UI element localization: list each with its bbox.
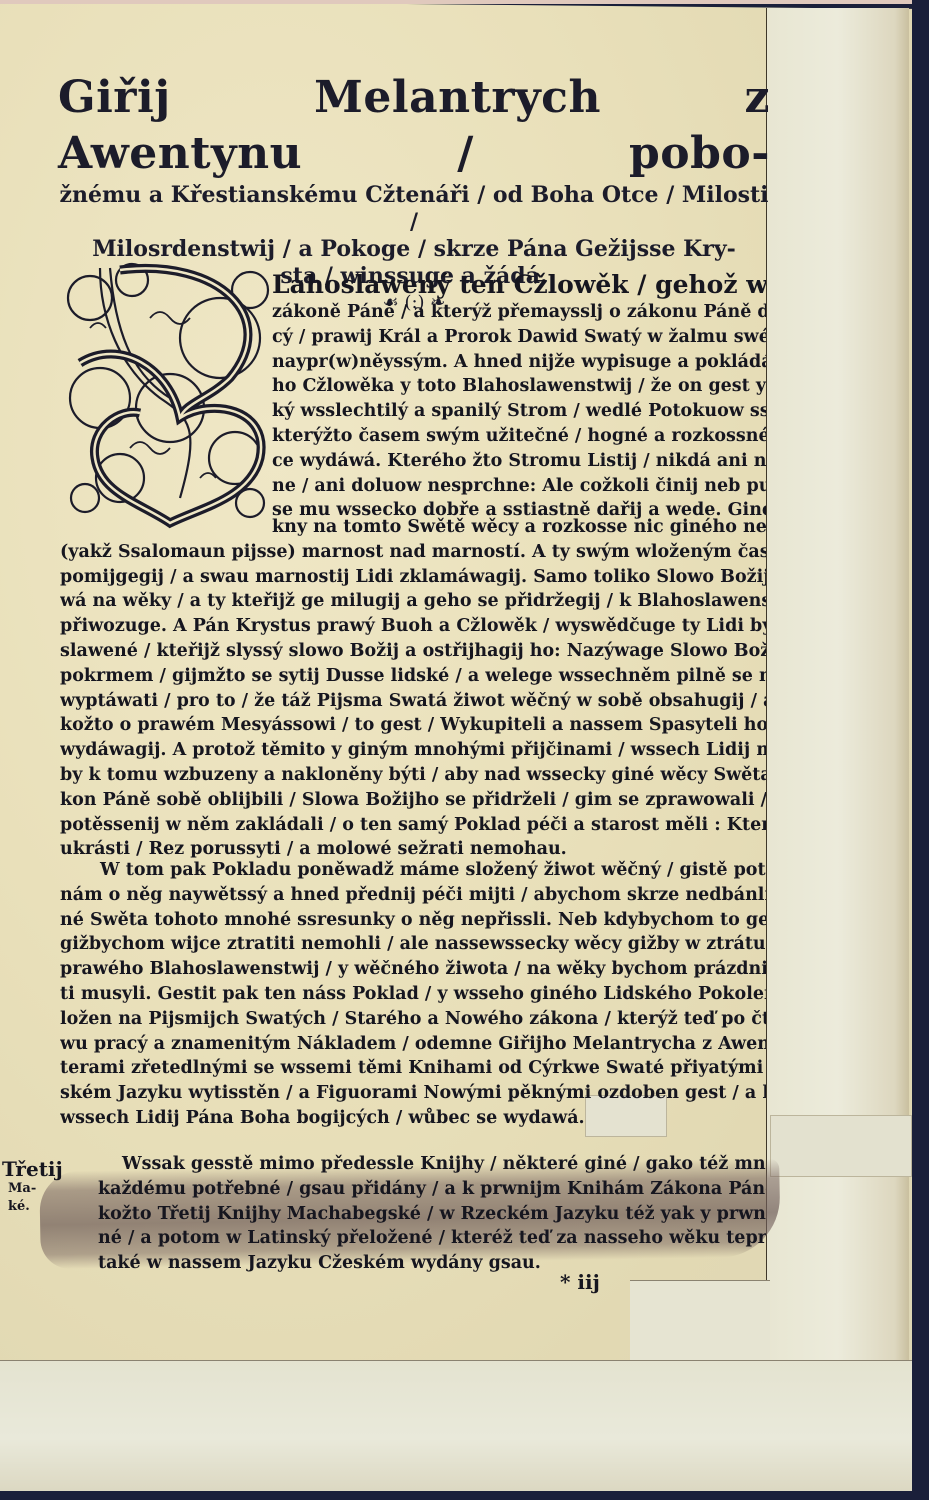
heading-line-2: žnému a Křestianskému Cžtenáři / od Boha… — [58, 182, 770, 236]
text-line: nám o něg naywětssý a hned přednij péči … — [60, 883, 766, 908]
text-line: každému potřebné / gsau přidány / a k pr… — [98, 1177, 766, 1202]
text-line: (yakž Ssalomaun pijsse) marnost nad marn… — [60, 540, 766, 565]
text-line: ce wydáwá. Kterého žto Stromu Listij / n… — [272, 449, 766, 474]
paragraph-2: W tom pak Pokladu poněwadž máme složený … — [60, 858, 766, 1131]
text-line: také w nassem Jazyku Cžeském wydány gsau… — [98, 1251, 766, 1276]
text-line: naypr(w)něyssým. A hned nijže wypisuge a… — [272, 350, 766, 375]
text-line: ne / ani doluow nesprchne: Ale cožkoli č… — [272, 474, 766, 499]
text-line: kon Páně sobě oblijbili / Slowa Božijho … — [60, 788, 766, 813]
paper-repair-patch — [770, 1115, 912, 1177]
text-line: prawého Blahoslawenstwij / y wěčného žiw… — [60, 957, 766, 982]
text-line: wá na wěky / a ty kteřijž ge milugij a g… — [60, 589, 766, 614]
text-line: Lahoslawený ten Cžlowěk / gehož wůle ges… — [272, 270, 766, 300]
text-line: potěssenij w něm zakládali / o ten samý … — [60, 813, 766, 838]
text-line: ho Cžlowěka y toto Blahoslawenstwij / že… — [272, 374, 766, 399]
text-line: slawené / kteřijž slyssý slowo Božij a o… — [60, 639, 766, 664]
text-line: ti musyli. Gestit pak ten náss Poklad / … — [60, 982, 766, 1007]
paper-repair-patch — [630, 1280, 770, 1361]
paper-repair-bottom-margin — [0, 1360, 912, 1491]
paper-repair-right-margin — [766, 8, 909, 1478]
text-line: né / a potom w Latinský přeložené / kter… — [98, 1226, 766, 1251]
text-line: terami zřetedlnými se wssemi těmi Kniham… — [60, 1056, 766, 1081]
decorated-initial-b-icon — [60, 258, 272, 530]
text-line: kožto o prawém Mesyássowi / to gest / Wy… — [60, 713, 766, 738]
text-line: ký wsslechtilý a spanilý Strom / wedlé P… — [272, 399, 766, 424]
text-line: zákoně Páně / a kterýž přemaysslj o záko… — [272, 300, 766, 325]
text-line: wu pracý a znamenitým Nákladem / odemne … — [60, 1032, 766, 1057]
text-line: ském Jazyku wytisstěn / a Figuorami Nowý… — [60, 1081, 766, 1106]
text-line: wyptáwati / pro to / že táž Pijsma Swatá… — [60, 689, 766, 714]
text-line: Wssak gesstě mimo předessle Knijhy / něk… — [98, 1152, 766, 1177]
page-top-edge — [0, 0, 912, 4]
marginal-note: Třetij Ma- ké. — [2, 1158, 52, 1216]
text-line: pomijgegij / a swau marnostij Lidi zklam… — [60, 565, 766, 590]
text-line: kožto Třetij Knijhy Machabegské / w Rzec… — [98, 1202, 766, 1227]
text-line: pokrmem / gijmžto se sytij Dusse lidské … — [60, 664, 766, 689]
text-line: kny na tomto Swětě wěcy a rozkosse nic g… — [60, 515, 766, 540]
text-line: cý / prawij Král a Prorok Dawid Swatý w … — [272, 325, 766, 350]
text-line: W tom pak Pokladu poněwadž máme složený … — [60, 858, 766, 883]
text-line: ložen na Pijsmijch Swatých / Starého a N… — [60, 1007, 766, 1032]
text-line: wydáwagij. A protož těmito y giným mnohý… — [60, 738, 766, 763]
margin-line: Třetij — [2, 1158, 52, 1180]
text-line: kterýžto časem swým užitečné / hogné a r… — [272, 424, 766, 449]
paragraph-1-full-width: kny na tomto Swětě wěcy a rozkosse nic g… — [60, 515, 766, 862]
margin-line: Ma- — [2, 1180, 52, 1198]
signature-mark: * iij — [560, 1270, 600, 1294]
text-line: gižbychom wijce ztratiti nemohli / ale n… — [60, 932, 766, 957]
heading-line-1: Giřij Melantrych z Awentynu / pobo- — [58, 70, 770, 182]
text-line: by k tomu wzbuzeny a nakloněny býti / ab… — [60, 763, 766, 788]
text-line: né Swěta tohoto mnohé ssresunky o něg ne… — [60, 908, 766, 933]
margin-line: ké. — [2, 1198, 52, 1216]
text-line: wssech Lidij Pána Boha bogijcých / wůbec… — [60, 1106, 766, 1131]
paragraph-1-beside-initial: Lahoslawený ten Cžlowěk / gehož wůle ges… — [272, 270, 766, 523]
paragraph-3: Wssak gesstě mimo předessle Knijhy / něk… — [98, 1152, 766, 1276]
text-line: přiwozuge. A Pán Krystus prawý Buoh a Cž… — [60, 614, 766, 639]
